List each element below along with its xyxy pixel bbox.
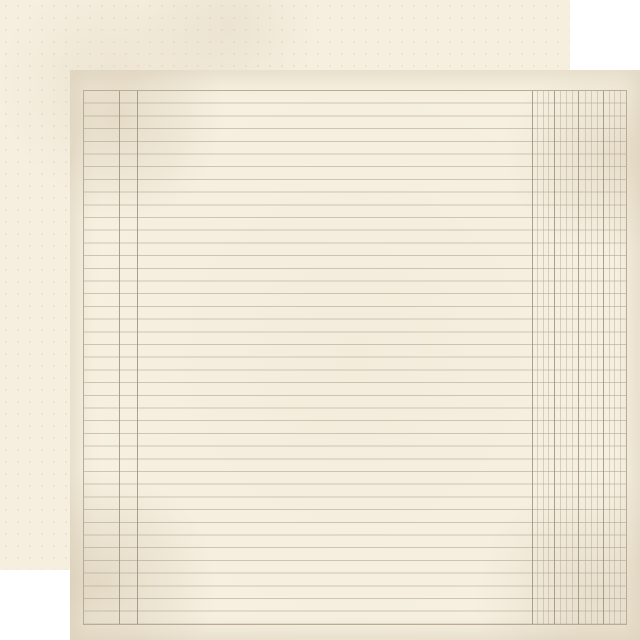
ledger-column-line xyxy=(548,91,549,624)
ledger-column-line xyxy=(578,91,579,624)
ledger-column-line xyxy=(554,91,555,624)
ledger-column-line xyxy=(532,91,533,624)
ledger-column-line xyxy=(614,91,615,624)
ledger-column-line xyxy=(537,91,538,624)
ledger-grid xyxy=(83,90,627,625)
ledger-column-line xyxy=(585,91,586,624)
scrapbook-paper-canvas xyxy=(0,0,640,640)
ledger-column-line xyxy=(543,91,544,624)
ledger-column-line xyxy=(603,91,604,624)
ledger-column-line xyxy=(119,91,120,624)
ledger-column-line xyxy=(560,91,561,624)
ledger-column-line xyxy=(137,91,138,624)
ledger-column-line xyxy=(566,91,567,624)
ledger-column-line xyxy=(597,91,598,624)
ledger-column-line xyxy=(572,91,573,624)
ledger-column-line xyxy=(620,91,621,624)
ledger-column-line xyxy=(609,91,610,624)
front-sheet-ledger-paper xyxy=(70,70,640,640)
ledger-column-line xyxy=(591,91,592,624)
